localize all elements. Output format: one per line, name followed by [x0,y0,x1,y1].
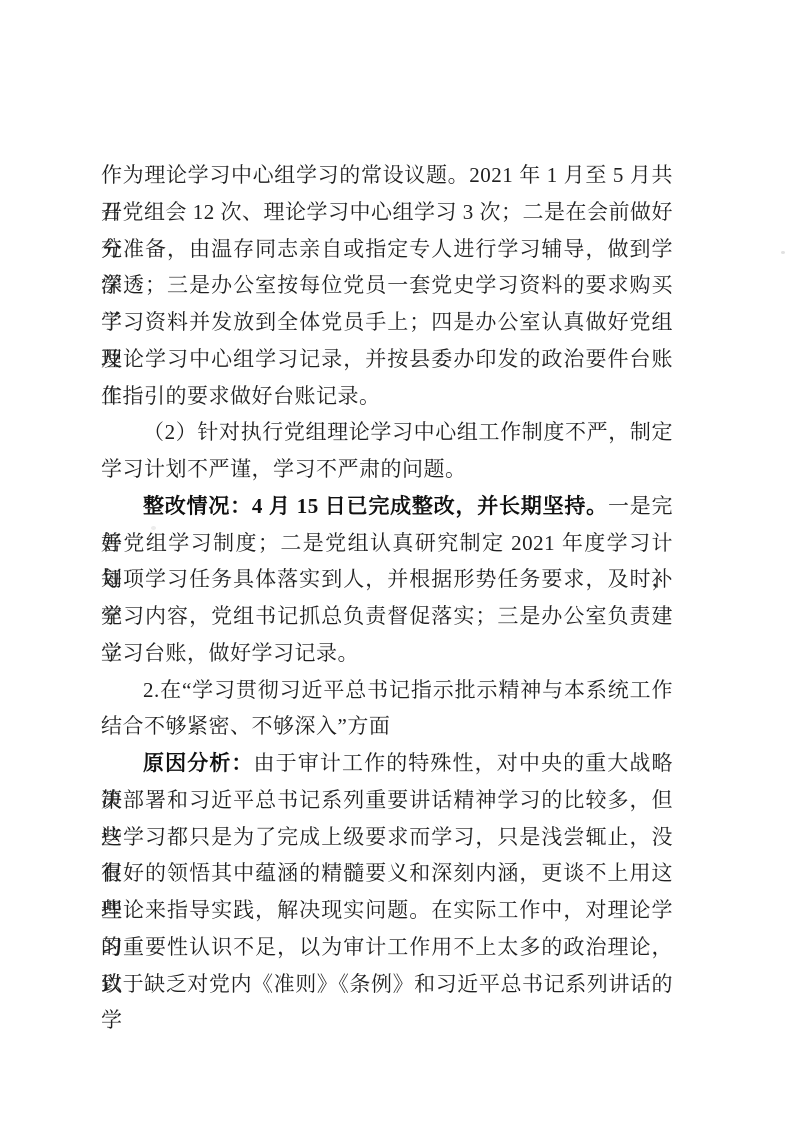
document-line: 开党组会 12 次、理论学习中心组学习 3 次；二是在会前做好充 [101,194,673,231]
cause-analysis-label: 原因分析： [143,751,254,775]
document-line: 很好的领悟其中蕴涵的精髓要义和深刻内涵，更谈不上用这些 [101,855,673,892]
rectification-status-label: 整改情况：4 月 15 日已完成整改，并长期坚持。 [143,494,608,518]
document-line: 作为理论学习中心组学习的常设议题。2021 年 1 月至 5 月共召 [101,157,673,194]
document-line: 理论来指导实践，解决现实问题。在实际工作中，对理论学习 [101,892,673,929]
document-page: 作为理论学习中心组学习的常设议题。2021 年 1 月至 5 月共召 开党组会 … [0,0,800,1131]
document-line: 分准备，由温存同志亲自或指定专人进行学习辅导，做到学深 [101,231,673,268]
document-line: 策部署和习近平总书记系列重要讲话精神学习的比较多，但这 [101,782,673,819]
document-line: 原因分析：由于审计工作的特殊性，对中央的重大战略决 [101,745,673,782]
document-line: 些学习都只是为了完成上级要求而学习，只是浅尝辄止，没有 [101,819,673,856]
document-line: 作指引的要求做好台账记录。 [101,378,673,415]
document-line: 理论学习中心组学习记录，并按县委办印发的政治要件台账工 [101,341,673,378]
document-line: 学习内容，党组书记抓总负责督促落实；三是办公室负责建立 [101,598,673,635]
document-line: （2）针对执行党组理论学习中心组工作制度不严，制定 [101,414,673,451]
scan-speck [781,251,785,254]
document-line: 2.在“学习贯彻习近平总书记指示批示精神与本系统工作 [101,672,673,709]
document-line: 整改情况：4 月 15 日已完成整改，并长期坚持。一是完善 [101,488,673,525]
document-line: 学习资料并发放到全体党员手上；四是办公室认真做好党组及 [101,304,673,341]
document-line: 学习台账，做好学习记录。 [101,635,673,672]
document-line: 每项学习任务具体落实到人，并根据形势任务要求，及时补充 [101,561,673,598]
document-line: 结合不够紧密、不够深入”方面 [101,708,673,745]
document-line: 好党组学习制度；二是党组认真研究制定 2021 年度学习计划， [101,525,673,562]
scan-speck [151,526,156,530]
document-line: 致于缺乏对党内《准则》《条例》和习近平总书记系列讲话的学 [101,966,673,1003]
document-line: 学习计划不严谨，学习不严肃的问题。 [101,451,673,488]
document-line: 的重要性认识不足，以为审计工作用不上太多的政治理论，以 [101,929,673,966]
document-text-block: 作为理论学习中心组学习的常设议题。2021 年 1 月至 5 月共召 开党组会 … [101,157,673,1002]
document-line: 学透；三是办公室按每位党员一套党史学习资料的要求购买了 [101,267,673,304]
